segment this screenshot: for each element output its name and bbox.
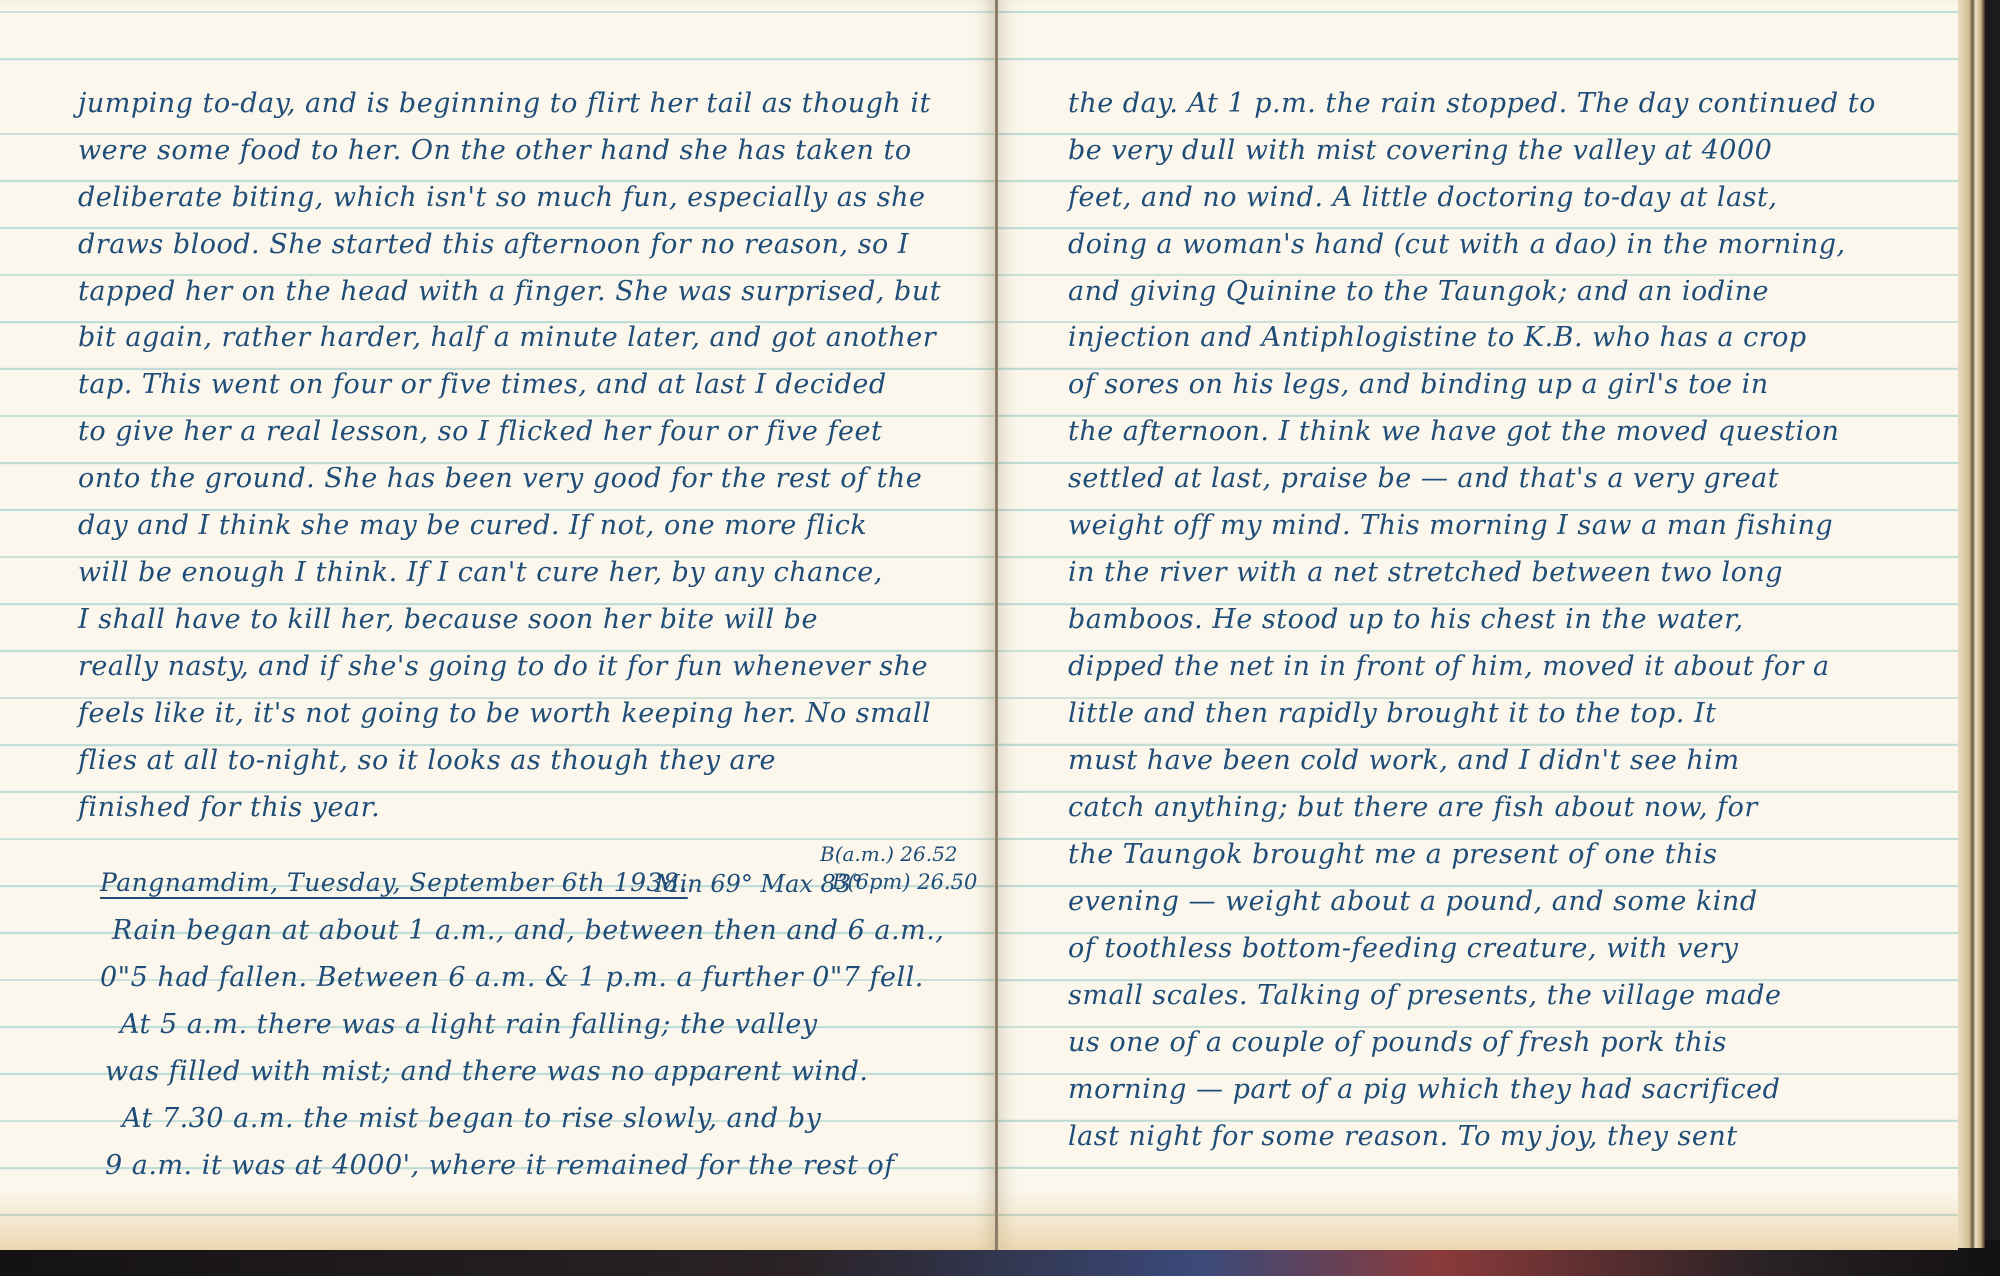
text-line: settled at last, praise be — and that's … xyxy=(1068,463,1779,494)
text-line: bit again, rather harder, half a minute … xyxy=(78,322,936,353)
text-line: Rain began at about 1 a.m., and, between… xyxy=(112,915,944,946)
text-line: I shall have to kill her, because soon h… xyxy=(78,604,818,635)
text-line: draws blood. She started this afternoon … xyxy=(78,229,909,260)
text-line: and giving Quinine to the Taungok; and a… xyxy=(1068,276,1769,307)
text-line: be very dull with mist covering the vall… xyxy=(1068,135,1772,166)
text-line: really nasty, and if she's going to do i… xyxy=(78,651,928,682)
text-line: At 5 a.m. there was a light rain falling… xyxy=(120,1009,818,1040)
text-line: of toothless bottom-feeding creature, wi… xyxy=(1068,933,1739,964)
text-line: catch anything; but there are fish about… xyxy=(1068,792,1758,823)
text-line: morning — part of a pig which they had s… xyxy=(1068,1074,1780,1105)
text-line: tap. This went on four or five times, an… xyxy=(78,369,887,400)
text-line: will be enough I think. If I can't cure … xyxy=(78,557,883,588)
text-line: must have been cold work, and I didn't s… xyxy=(1068,745,1740,776)
text-line: doing a woman's hand (cut with a dao) in… xyxy=(1068,229,1846,260)
text-line: small scales. Talking of presents, the v… xyxy=(1068,980,1781,1011)
text-line: 9 a.m. it was at 4000', where it remaine… xyxy=(105,1150,895,1181)
text-line: finished for this year. xyxy=(78,792,380,823)
text-line: 0"5 had fallen. Between 6 a.m. & 1 p.m. … xyxy=(100,962,924,993)
text-line: jumping to-day, and is beginning to flir… xyxy=(78,88,931,119)
text-line: onto the ground. She has been very good … xyxy=(78,463,922,494)
text-line: dipped the net in in front of him, moved… xyxy=(1068,651,1830,682)
text-line: bamboos. He stood up to his chest in the… xyxy=(1068,604,1744,635)
text-line: of sores on his legs, and binding up a g… xyxy=(1068,369,1769,400)
entry-heading: Pangnamdim, Tuesday, September 6th 1938. xyxy=(100,868,688,897)
text-line: weight off my mind. This morning I saw a… xyxy=(1068,510,1833,541)
page-edge xyxy=(1958,0,1985,1248)
text-line: in the river with a net stretched betwee… xyxy=(1068,557,1783,588)
text-line: last night for some reason. To my joy, t… xyxy=(1068,1121,1738,1152)
text-line: the Taungok brought me a present of one … xyxy=(1068,839,1717,870)
text-line: little and then rapidly brought it to th… xyxy=(1068,698,1716,729)
notebook-spread: jumping to-day, and is beginning to flir… xyxy=(0,0,1985,1248)
text-line: deliberate biting, which isn't so much f… xyxy=(78,182,925,213)
right-page: the day. At 1 p.m. the rain stopped. The… xyxy=(998,0,1958,1250)
text-line: tapped her on the head with a finger. Sh… xyxy=(78,276,941,307)
text-line: flies at all to-night, so it looks as th… xyxy=(78,745,776,776)
text-line: us one of a couple of pounds of fresh po… xyxy=(1068,1027,1727,1058)
text-line: to give her a real lesson, so I flicked … xyxy=(78,416,882,447)
text-line: injection and Antiphlogistine to K.B. wh… xyxy=(1068,322,1807,353)
text-line: was filled with mist; and there was no a… xyxy=(105,1056,868,1087)
text-line: At 7.30 a.m. the mist began to rise slow… xyxy=(122,1103,821,1134)
barometer-am: B(a.m.) 26.52 xyxy=(820,842,958,866)
text-line: evening — weight about a pound, and some… xyxy=(1068,886,1758,917)
barometer-pm: B(6pm) 26.50 xyxy=(832,870,977,894)
left-page: jumping to-day, and is beginning to flir… xyxy=(0,0,995,1250)
text-line: day and I think she may be cured. If not… xyxy=(78,510,867,541)
text-line: feet, and no wind. A little doctoring to… xyxy=(1068,182,1777,213)
text-line: the day. At 1 p.m. the rain stopped. The… xyxy=(1068,88,1876,119)
text-line: the afternoon. I think we have got the m… xyxy=(1068,416,1839,447)
text-line: feels like it, it's not going to be wort… xyxy=(78,698,931,729)
text-line: were some food to her. On the other hand… xyxy=(78,135,912,166)
